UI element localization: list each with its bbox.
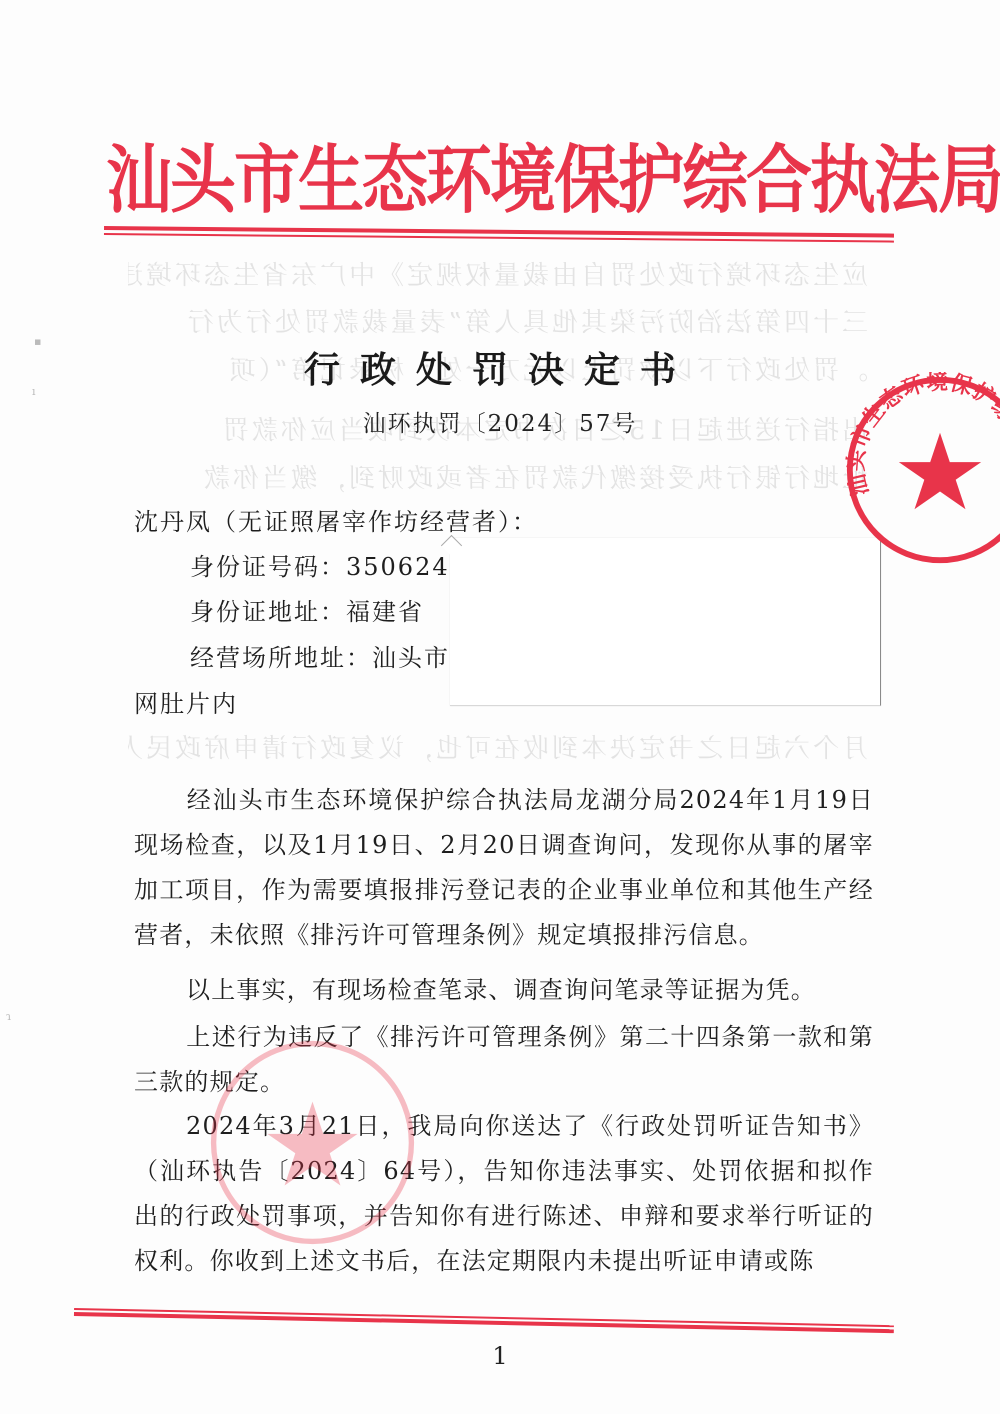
faded-seal-icon bbox=[205, 1035, 420, 1250]
official-seal-icon: 汕头市生态环境保护综合执法局 bbox=[842, 372, 1000, 568]
business-address-value: 汕头市 bbox=[372, 644, 450, 672]
scan-speck: ▪ bbox=[34, 335, 41, 348]
id-number-label: 身份证号码： bbox=[190, 553, 346, 581]
document-page: 应生态环境行政处罚自由裁量权规定》中广东省生态环境违法 三十四第法治防污染其他具… bbox=[0, 0, 1000, 1414]
id-number-value: 3506241 bbox=[346, 553, 467, 581]
id-address-label: 身份证地址： bbox=[190, 598, 346, 626]
footer-divider bbox=[74, 1308, 894, 1335]
svg-text:汕头市生态环境保护综合执法局: 汕头市生态环境保护综合执法局 bbox=[842, 372, 1000, 498]
scan-speck: ı bbox=[32, 385, 36, 398]
show-through-text: 应生态环境行政处罚自由裁量权规定》中广东省生态环境违法 bbox=[128, 255, 868, 292]
show-through-text: 月个六起日之书定决本到收在可也，议复政行请申府政民人 bbox=[128, 728, 868, 765]
id-address-value: 福建省 bbox=[346, 598, 424, 626]
business-address-label: 经营场所地址： bbox=[190, 644, 372, 672]
body-paragraph-evidence: 以上事实，有现场检查笔录、调查询问笔录等证据为凭。 bbox=[134, 968, 874, 1013]
redaction-patch bbox=[450, 538, 881, 706]
business-address-continued: 网肚片内 bbox=[134, 684, 238, 719]
letterhead-title: 汕头市生态环境保护综合执法局 bbox=[106, 128, 896, 231]
id-address-row: 身份证地址：福建省 bbox=[190, 592, 424, 627]
id-number-row: 身份证号码：3506241 bbox=[190, 547, 467, 582]
page-number: 1 bbox=[0, 1342, 1000, 1370]
party-name: 沈丹凤（无证照屠宰作坊经营者）： bbox=[134, 502, 538, 537]
business-address-row: 经营场所地址：汕头市 bbox=[190, 638, 450, 673]
body-paragraph-facts: 经汕头市生态环境保护综合执法局龙湖分局2024年1月19日现场检查，以及1月19… bbox=[134, 778, 874, 958]
show-through-text: 址地行银行执受接缴代款罚在者或政财到，缴当你款 bbox=[128, 458, 868, 495]
scan-speck: ɿ bbox=[6, 1010, 11, 1023]
show-through-text: 三十四第法治防污染其他具人第”表量裁款罚处行为行 bbox=[128, 302, 868, 339]
